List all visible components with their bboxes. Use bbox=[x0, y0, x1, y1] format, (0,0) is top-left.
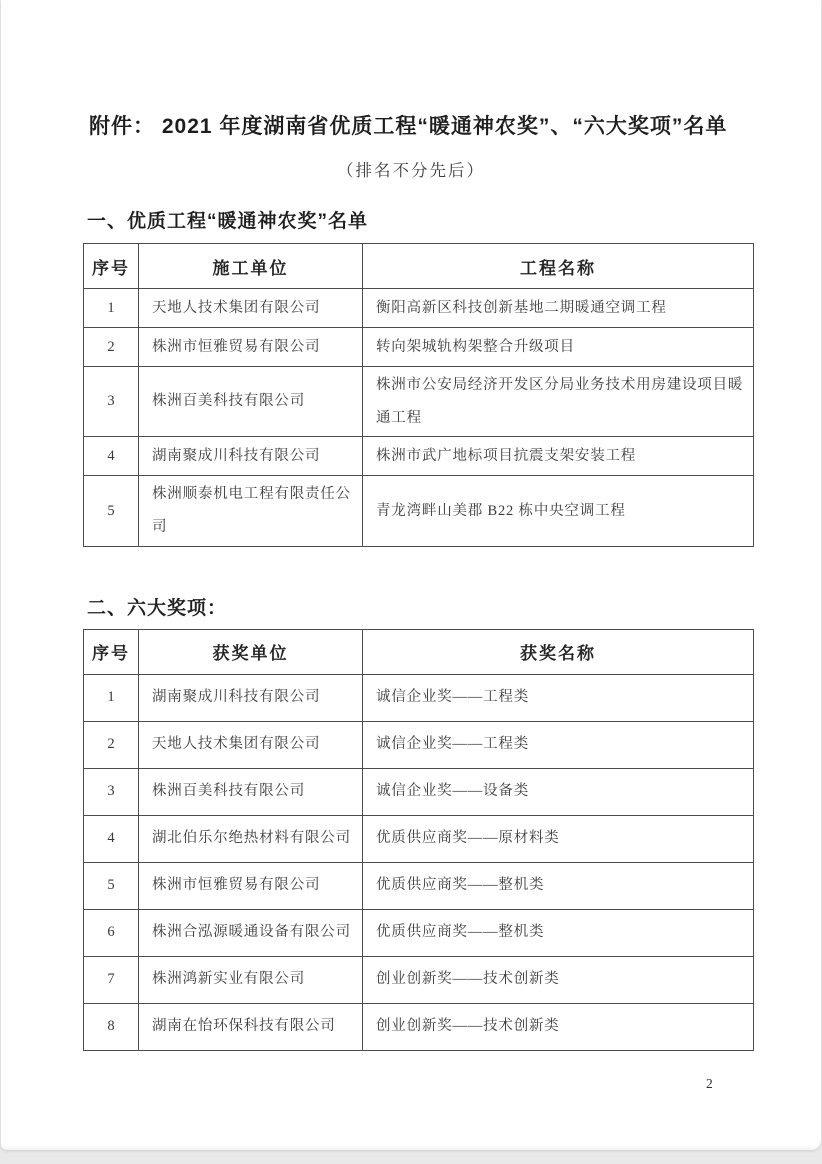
document-page: 附件： 2021 年度湖南省优质工程“暖通神农奖”、“六大奖项”名单 （排名不分… bbox=[1, 0, 821, 1150]
header-row: 序号获奖单位获奖名称 bbox=[84, 629, 754, 674]
award-name-cell: 创业创新奖——技术创新类 bbox=[363, 1003, 754, 1050]
award-name-cell: 株洲市公安局经济开发区分局业务技术用房建设项目暖通工程 bbox=[363, 367, 754, 437]
column-header: 序号 bbox=[84, 629, 139, 674]
table-row: 8湖南在怡环保科技有限公司创业创新奖——技术创新类 bbox=[84, 1003, 754, 1050]
award-name-cell: 创业创新奖——技术创新类 bbox=[363, 956, 754, 1003]
table-row: 2株洲市恒雅贸易有限公司转向架城轨构架整合升级项目 bbox=[84, 328, 754, 367]
document-subtitle: （排名不分先后） bbox=[1, 157, 821, 181]
award-name-cell: 转向架城轨构架整合升级项目 bbox=[363, 328, 754, 367]
award-name-cell: 株洲市武广地标项目抗震支架安装工程 bbox=[363, 437, 754, 476]
row-index-cell: 1 bbox=[84, 674, 139, 721]
unit-name-cell: 天地人技术集团有限公司 bbox=[139, 721, 363, 768]
page-number: 2 bbox=[706, 1076, 713, 1092]
table-row: 2天地人技术集团有限公司诚信企业奖——工程类 bbox=[84, 721, 754, 768]
unit-name-cell: 株洲合泓源暖通设备有限公司 bbox=[139, 909, 363, 956]
award-name-cell: 青龙湾畔山美郡 B22 栋中央空调工程 bbox=[363, 476, 754, 546]
unit-name-cell: 湖南聚成川科技有限公司 bbox=[139, 437, 363, 476]
row-index-cell: 8 bbox=[84, 1003, 139, 1050]
table-row: 7株洲鸿新实业有限公司创业创新奖——技术创新类 bbox=[84, 956, 754, 1003]
page-bottom-edge bbox=[1, 1145, 821, 1150]
unit-name-cell: 天地人技术集团有限公司 bbox=[139, 289, 363, 328]
unit-name-cell: 株洲市恒雅贸易有限公司 bbox=[139, 328, 363, 367]
award-name-cell: 诚信企业奖——工程类 bbox=[363, 674, 754, 721]
unit-name-cell: 株洲顺泰机电工程有限责任公司 bbox=[139, 476, 363, 546]
row-index-cell: 5 bbox=[84, 476, 139, 546]
row-index-cell: 7 bbox=[84, 956, 139, 1003]
table-row: 3株洲百美科技有限公司株洲市公安局经济开发区分局业务技术用房建设项目暖通工程 bbox=[84, 367, 754, 437]
table-row: 4湖北伯乐尔绝热材料有限公司优质供应商奖——原材料类 bbox=[84, 815, 754, 862]
row-index-cell: 4 bbox=[84, 437, 139, 476]
column-header: 序号 bbox=[84, 244, 139, 289]
award-name-cell: 诚信企业奖——工程类 bbox=[363, 721, 754, 768]
award-name-cell: 优质供应商奖——整机类 bbox=[363, 862, 754, 909]
unit-name-cell: 湖南在怡环保科技有限公司 bbox=[139, 1003, 363, 1050]
header-row: 序号施工单位工程名称 bbox=[84, 244, 754, 289]
award-name-cell: 诚信企业奖——设备类 bbox=[363, 768, 754, 815]
award-name-cell: 衡阳高新区科技创新基地二期暖通空调工程 bbox=[363, 289, 754, 328]
table-row: 6株洲合泓源暖通设备有限公司优质供应商奖——整机类 bbox=[84, 909, 754, 956]
row-index-cell: 6 bbox=[84, 909, 139, 956]
row-index-cell: 4 bbox=[84, 815, 139, 862]
shennong-award-table: 序号施工单位工程名称1天地人技术集团有限公司衡阳高新区科技创新基地二期暖通空调工… bbox=[83, 243, 754, 547]
table-row: 5株洲顺泰机电工程有限责任公司青龙湾畔山美郡 B22 栋中央空调工程 bbox=[84, 476, 754, 546]
table-row: 3株洲百美科技有限公司诚信企业奖——设备类 bbox=[84, 768, 754, 815]
six-awards-table: 序号获奖单位获奖名称1湖南聚成川科技有限公司诚信企业奖——工程类2天地人技术集团… bbox=[83, 629, 754, 1051]
document-title: 附件： 2021 年度湖南省优质工程“暖通神农奖”、“六大奖项”名单 bbox=[89, 112, 791, 142]
unit-name-cell: 湖南聚成川科技有限公司 bbox=[139, 674, 363, 721]
unit-name-cell: 株洲百美科技有限公司 bbox=[139, 768, 363, 815]
column-header: 获奖名称 bbox=[363, 629, 754, 674]
row-index-cell: 5 bbox=[84, 862, 139, 909]
section2-heading: 二、六大奖项： bbox=[87, 593, 821, 620]
column-header: 工程名称 bbox=[363, 244, 754, 289]
award-name-cell: 优质供应商奖——原材料类 bbox=[363, 815, 754, 862]
row-index-cell: 3 bbox=[84, 768, 139, 815]
unit-name-cell: 株洲市恒雅贸易有限公司 bbox=[139, 862, 363, 909]
column-header: 获奖单位 bbox=[139, 629, 363, 674]
unit-name-cell: 株洲百美科技有限公司 bbox=[139, 367, 363, 437]
row-index-cell: 3 bbox=[84, 367, 139, 437]
column-header: 施工单位 bbox=[139, 244, 363, 289]
table-row: 1湖南聚成川科技有限公司诚信企业奖——工程类 bbox=[84, 674, 754, 721]
table-row: 4湖南聚成川科技有限公司株洲市武广地标项目抗震支架安装工程 bbox=[84, 437, 754, 476]
unit-name-cell: 湖北伯乐尔绝热材料有限公司 bbox=[139, 815, 363, 862]
row-index-cell: 2 bbox=[84, 721, 139, 768]
row-index-cell: 1 bbox=[84, 289, 139, 328]
award-name-cell: 优质供应商奖——整机类 bbox=[363, 909, 754, 956]
section1-heading: 一、优质工程“暖通神农奖”名单 bbox=[87, 206, 821, 233]
table-row: 5株洲市恒雅贸易有限公司优质供应商奖——整机类 bbox=[84, 862, 754, 909]
row-index-cell: 2 bbox=[84, 328, 139, 367]
unit-name-cell: 株洲鸿新实业有限公司 bbox=[139, 956, 363, 1003]
table-row: 1天地人技术集团有限公司衡阳高新区科技创新基地二期暖通空调工程 bbox=[84, 289, 754, 328]
